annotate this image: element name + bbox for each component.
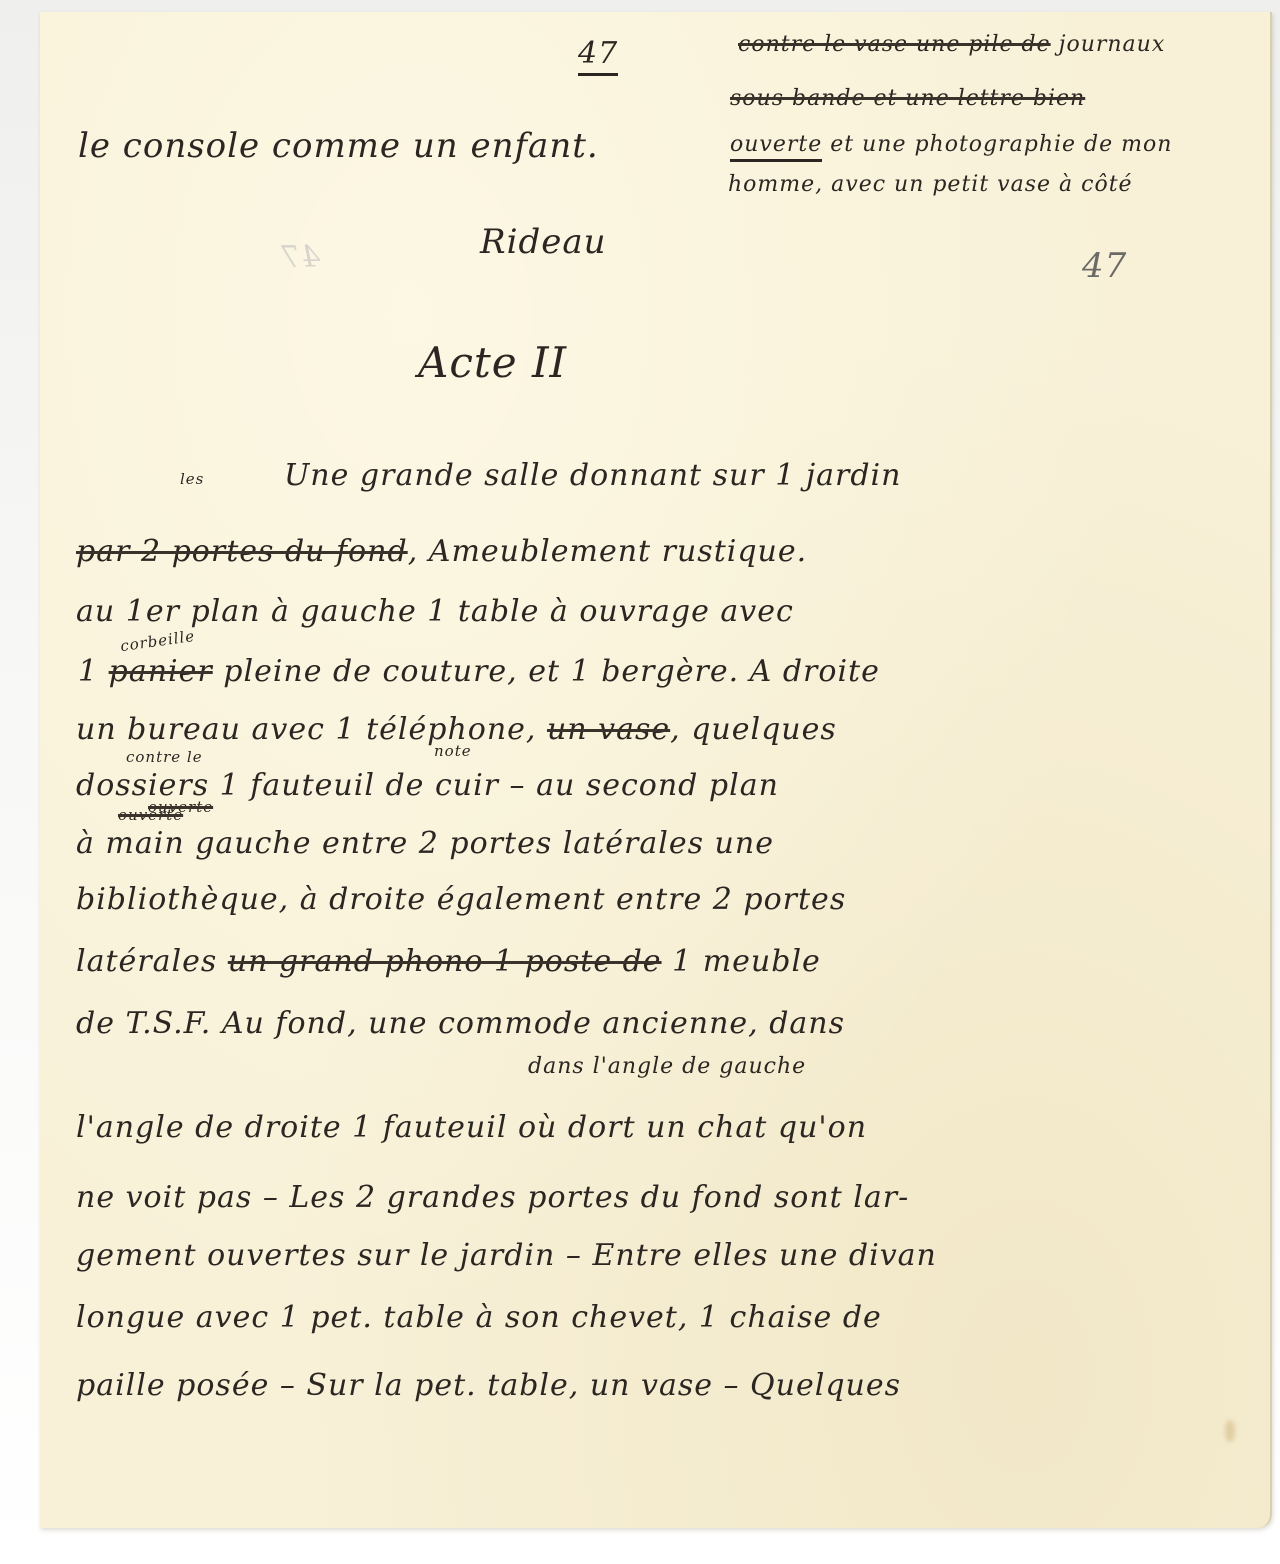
margin-note-line-3: ouverte et une photographie de mon <box>730 132 1172 157</box>
margin-note-text: homme, avec un petit vase à côté <box>728 172 1133 197</box>
line-text: bibliothèque, à droite également entre 2… <box>76 882 846 917</box>
show-through-mark: 47 <box>280 240 320 275</box>
paper-stain <box>1225 1420 1235 1442</box>
margin-note-line-1: contre le vase une pile de journaux <box>738 32 1165 57</box>
margin-note-line-2: sous bande et une lettre bien <box>730 86 1085 111</box>
closing-line: le console comme un enfant. <box>78 126 599 166</box>
insertion-contre-le: contre le <box>126 748 203 766</box>
curtain-label: Rideau <box>480 222 607 262</box>
line-text: 1 <box>78 654 109 689</box>
line-text: , Ameublement rustique. <box>408 534 807 569</box>
line-text: de T.S.F. Au fond, une commode ancienne,… <box>76 1006 845 1041</box>
line-text: 1 meuble <box>662 944 821 979</box>
struck-text: un vase <box>547 712 670 747</box>
paragraph-line-15: paille posée – Sur la pet. table, un vas… <box>76 1368 901 1403</box>
insertion-dans-l-angle: dans l'angle de gauche <box>528 1054 806 1079</box>
line-text: latérales <box>76 944 228 979</box>
margin-note-text: et une photographie de mon <box>830 132 1172 157</box>
paragraph-line-11: l'angle de droite 1 fauteuil où dort un … <box>76 1110 867 1145</box>
margin-note-text: journaux <box>1059 32 1166 57</box>
line-text: , quelques <box>670 712 837 747</box>
line-text: gement ouvertes sur le jardin – Entre el… <box>76 1238 937 1273</box>
line-text: à main gauche entre 2 portes latérales u… <box>76 826 774 861</box>
paragraph-line-12: ne voit pas – Les 2 grandes portes du fo… <box>76 1180 909 1215</box>
margin-note-line-4: homme, avec un petit vase à côté <box>728 172 1133 197</box>
line-text: Une grande salle donnant sur 1 jardin <box>284 458 901 493</box>
paragraph-line-8: bibliothèque, à droite également entre 2… <box>76 882 846 917</box>
line-text: au 1er plan à gauche 1 table à ouvrage a… <box>76 594 794 629</box>
paragraph-line-14: longue avec 1 pet. table à son chevet, 1… <box>76 1300 882 1335</box>
line-text: l'angle de droite 1 fauteuil où dort un … <box>76 1110 867 1145</box>
paragraph-line-1: Une grande salle donnant sur 1 jardin <box>284 458 901 493</box>
struck-text: par 2 portes du fond <box>76 534 408 569</box>
insertion-note: note <box>434 742 472 760</box>
paragraph-line-10: de T.S.F. Au fond, une commode ancienne,… <box>76 1006 845 1041</box>
paragraph-line-2: par 2 portes du fond, Ameublement rustiq… <box>76 534 807 569</box>
struck-text: sous bande et une lettre bien <box>730 86 1085 111</box>
line-text: un bureau avec 1 téléphone, <box>76 712 547 747</box>
struck-text: un grand phono 1 poste de <box>228 944 662 979</box>
insertion-ouverte-2: ouverte <box>148 798 213 816</box>
struck-text: contre le vase une pile de <box>738 32 1051 57</box>
act-heading: Acte II <box>418 338 567 387</box>
insertion-les: les <box>180 470 204 488</box>
line-text: pleine de couture, et 1 bergère. A droit… <box>213 654 880 689</box>
paragraph-line-9: latérales un grand phono 1 poste de 1 me… <box>76 944 821 979</box>
struck-text: panier <box>109 654 213 689</box>
underlined-text: ouverte <box>730 132 822 162</box>
paragraph-line-7: à main gauche entre 2 portes latérales u… <box>76 826 774 861</box>
paragraph-line-4: 1 panier pleine de couture, et 1 bergère… <box>78 654 880 689</box>
line-text: paille posée – Sur la pet. table, un vas… <box>76 1368 901 1403</box>
line-text: longue avec 1 pet. table à son chevet, 1… <box>76 1300 882 1335</box>
paragraph-line-13: gement ouvertes sur le jardin – Entre el… <box>76 1238 937 1273</box>
line-text: ne voit pas – Les 2 grandes portes du fo… <box>76 1180 909 1215</box>
pencil-page-number: 47 <box>1082 246 1127 286</box>
paragraph-line-3: au 1er plan à gauche 1 table à ouvrage a… <box>76 594 794 629</box>
page-number: 47 <box>578 36 618 76</box>
